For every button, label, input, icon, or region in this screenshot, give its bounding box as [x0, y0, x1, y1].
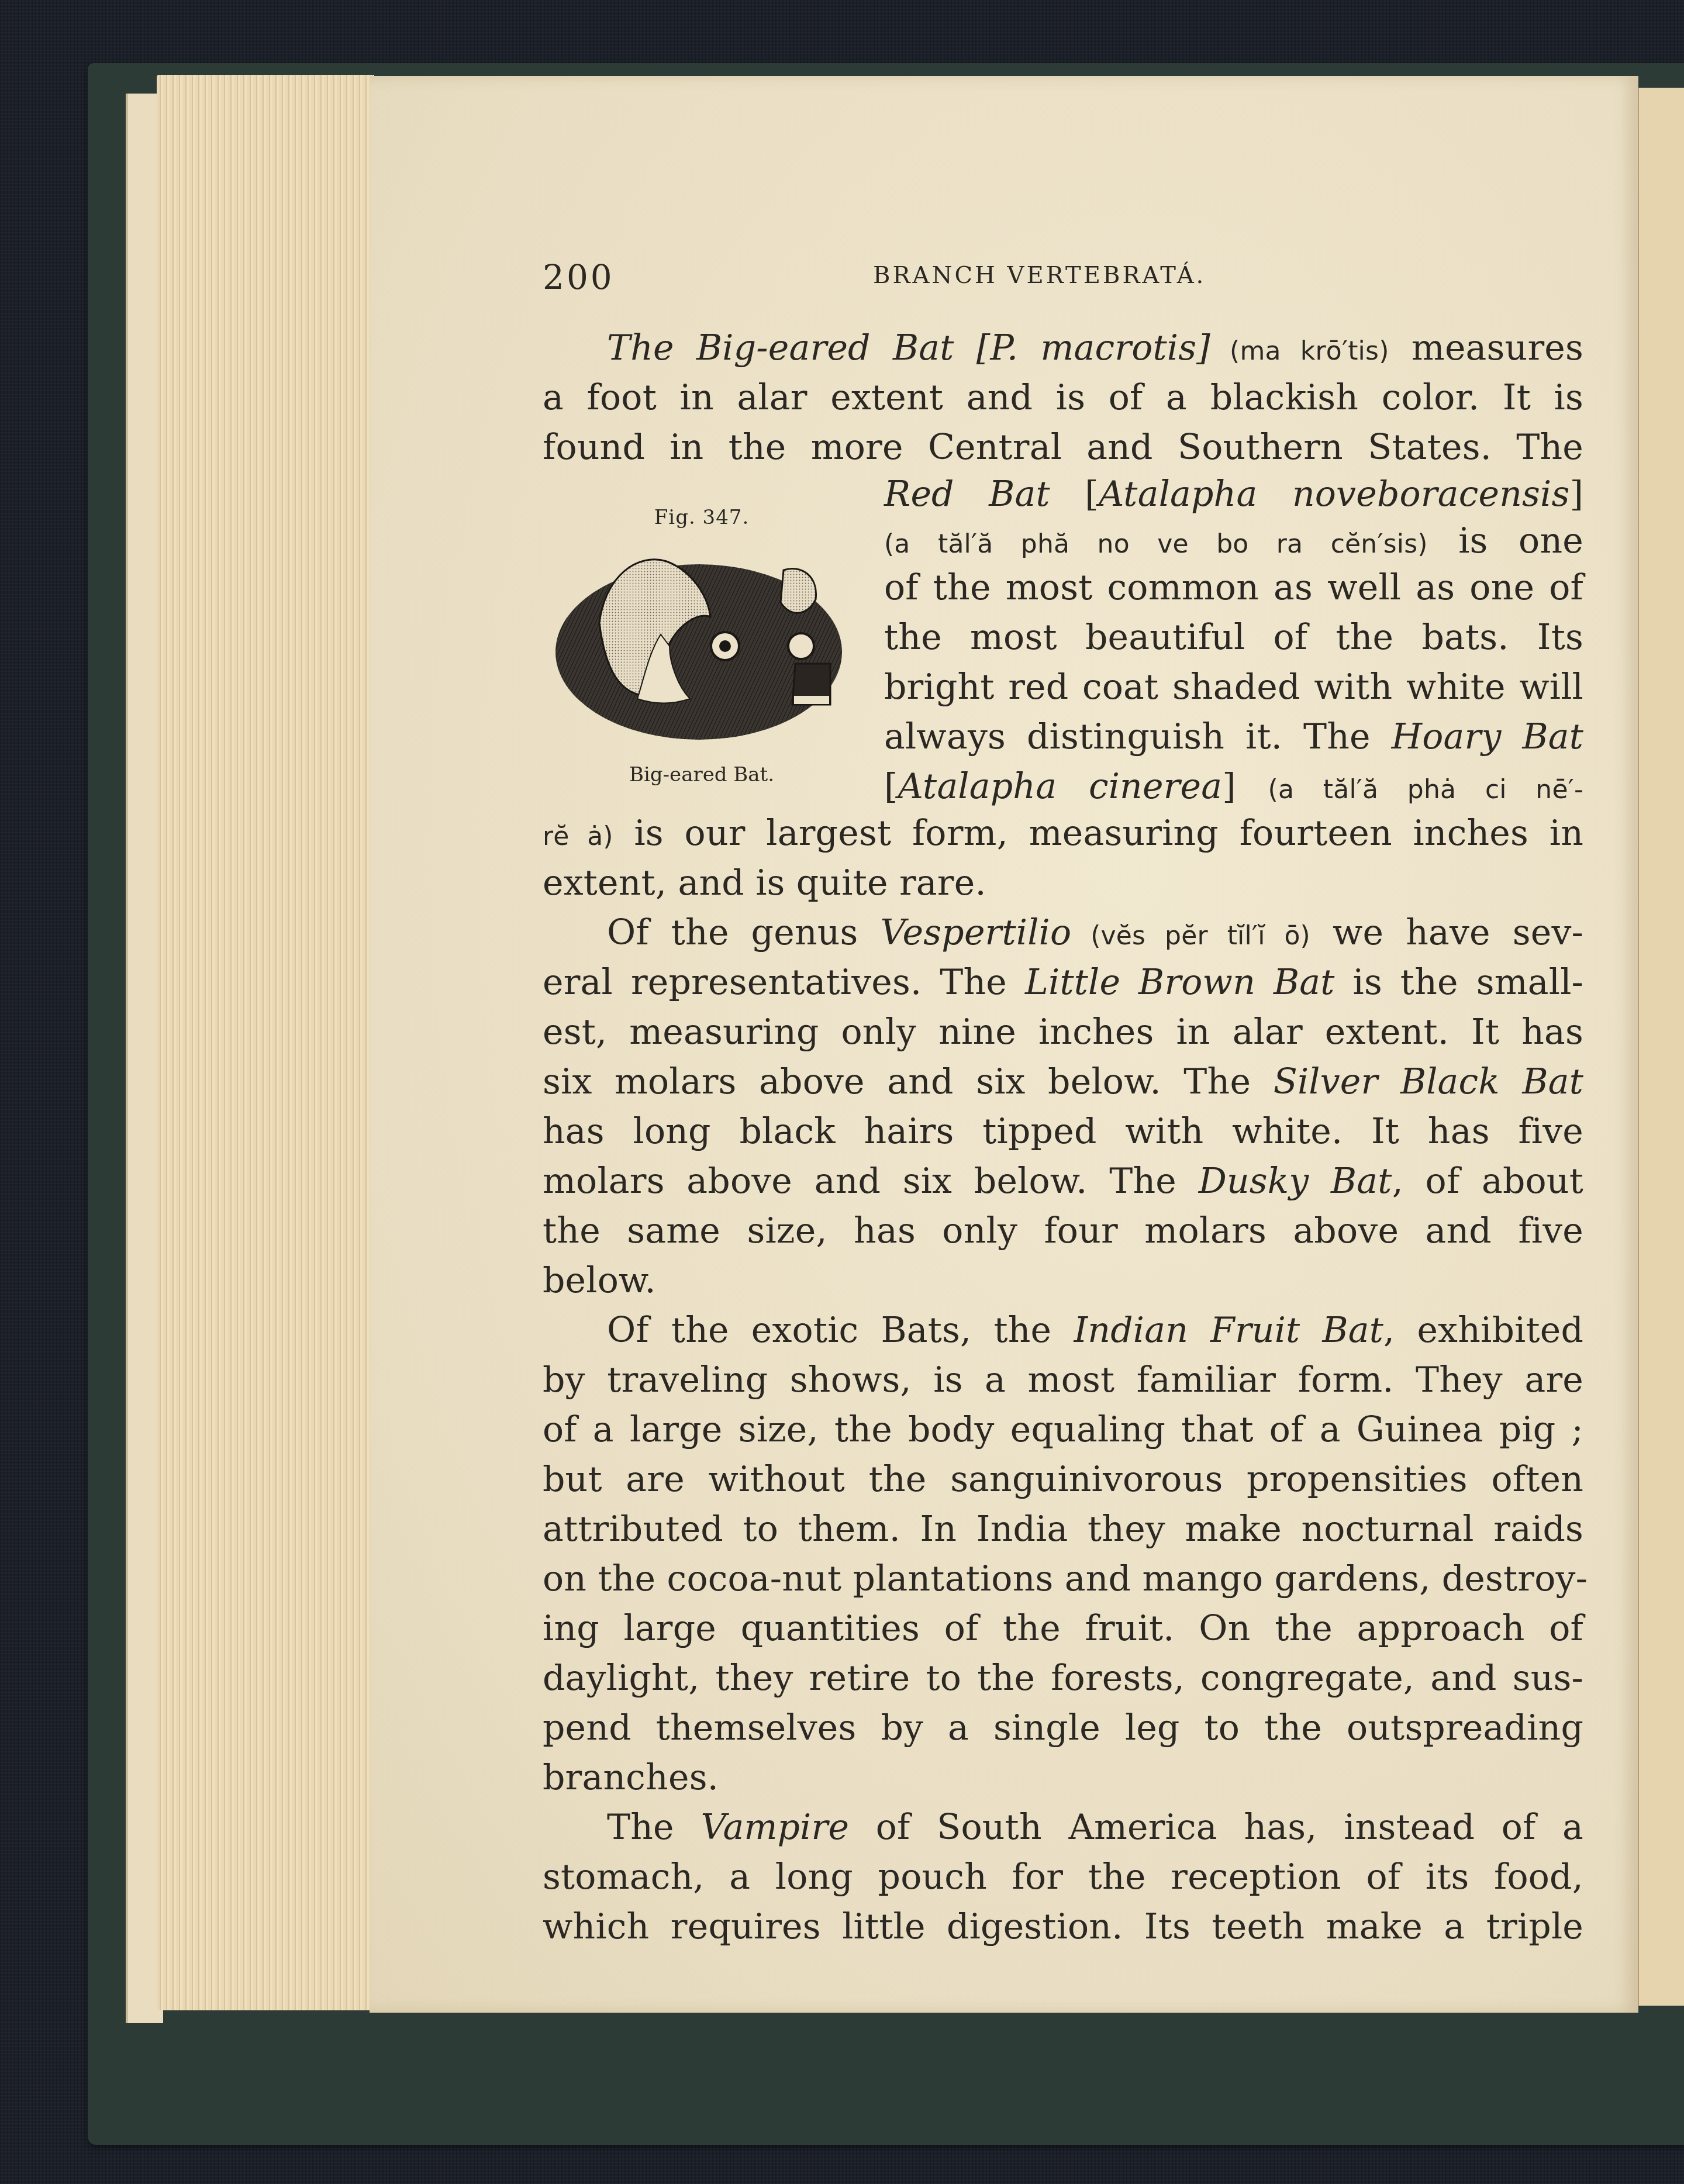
- text-run: six molars above and six below. The: [543, 1061, 1274, 1102]
- text-line: of a large size, the body equaling that …: [543, 1406, 1583, 1453]
- page-header: 200 BRANCH VERTEBRATÁ.: [543, 257, 1583, 304]
- text-line: has long black hairs tipped with white. …: [543, 1108, 1583, 1155]
- text-run: ing large quantities of the fruit. On th…: [543, 1608, 1583, 1649]
- text-run: [: [1050, 474, 1099, 515]
- italic-term: Indian Fruit Bat: [1074, 1310, 1383, 1351]
- text-run: a foot in alar extent and is of a blacki…: [543, 377, 1583, 418]
- text-line: molars above and six below. The Dusky Ba…: [543, 1158, 1583, 1205]
- pronunciation: (a tăl′ă phȧ ci nē′-: [1268, 775, 1583, 805]
- pronunciation: (ma krō′tis): [1210, 336, 1389, 366]
- italic-term: Atalapha cinerea: [898, 766, 1223, 807]
- pronunciation: (vĕs pĕr tĭl′ĭ ō): [1071, 921, 1310, 951]
- text-run: ]: [1222, 766, 1268, 807]
- text-run: The: [607, 1807, 700, 1848]
- text-line: but are without the sanguinivorous prope…: [543, 1456, 1583, 1503]
- italic-term: Silver Black Bat: [1274, 1061, 1583, 1102]
- running-head: BRANCH VERTEBRATÁ.: [873, 262, 1206, 289]
- text-line: daylight, they retire to the forests, co…: [543, 1655, 1583, 1702]
- text-run: pend themselves by a single leg to the o…: [543, 1707, 1583, 1748]
- text-line: below.: [543, 1257, 1583, 1304]
- text-line: est, measuring only nine inches in alar …: [543, 1009, 1583, 1055]
- italic-term: Dusky Bat: [1199, 1161, 1392, 1202]
- text-line: stomach, a long pouch for the reception …: [543, 1854, 1583, 1900]
- text-run: below.: [543, 1260, 656, 1301]
- text-run: Of the exotic Bats, the: [607, 1310, 1074, 1351]
- text-run: is our largest form, measuring fourteen …: [613, 813, 1583, 854]
- text-line: by traveling shows, is a most familiar f…: [543, 1357, 1583, 1403]
- text-line: (a tăl′ă phă no ve bo ra cĕn′sis) is one: [884, 517, 1583, 568]
- text-run: by traveling shows, is a most familiar f…: [543, 1360, 1583, 1400]
- text-run: is one: [1428, 520, 1583, 561]
- text-line: pend themselves by a single leg to the o…: [543, 1705, 1583, 1751]
- text-run: is the small-: [1335, 962, 1583, 1003]
- text-run: Of the genus: [607, 912, 881, 953]
- text-run: , exhibited: [1383, 1310, 1583, 1351]
- text-line: Red Bat [Atalapha noveboracensis]: [884, 471, 1583, 517]
- text-line: six molars above and six below. The Silv…: [543, 1058, 1583, 1105]
- text-line: always distinguish it. The Hoary Bat: [884, 713, 1583, 760]
- text-run: stomach, a long pouch for the reception …: [543, 1857, 1583, 1897]
- text-line: a foot in alar extent and is of a blacki…: [543, 374, 1583, 421]
- text-line: The Big-eared Bat [P. macrotis] (ma krō′…: [543, 325, 1583, 375]
- text-run: measures: [1389, 327, 1583, 368]
- text-line: Of the exotic Bats, the Indian Fruit Bat…: [543, 1307, 1583, 1354]
- italic-term: The Big-eared Bat: [607, 327, 954, 368]
- figure-caption: Big-eared Bat.: [550, 763, 854, 786]
- text-line: of the most common as well as one of: [884, 564, 1583, 611]
- text-run: the most beautiful of the bats. Its: [884, 617, 1583, 658]
- text-line: the same size, has only four molars abov…: [543, 1207, 1583, 1254]
- text-line: [Atalapha cinerea] (a tăl′ă phȧ ci nē′-: [884, 763, 1583, 813]
- text-line: ing large quantities of the fruit. On th…: [543, 1605, 1583, 1652]
- text-line: eral representatives. The Little Brown B…: [543, 959, 1583, 1006]
- text-line: Of the genus Vespertilio (vĕs pĕr tĭl′ĭ …: [543, 909, 1583, 960]
- italic-term: Vespertilio: [881, 912, 1072, 953]
- italic-term: Red Bat: [884, 474, 1050, 515]
- text-run: branches.: [543, 1757, 719, 1798]
- text-run: [: [884, 766, 898, 807]
- text-run: but are without the sanguinivorous prope…: [543, 1459, 1583, 1500]
- text-line: which requires little digestion. Its tee…: [543, 1903, 1583, 1950]
- italic-term: Vampire: [700, 1807, 849, 1848]
- text-run: of a large size, the body equaling that …: [543, 1409, 1583, 1450]
- text-run: of the most common as well as one of: [884, 567, 1583, 608]
- page-edges: [157, 75, 374, 2010]
- pronunciation: rĕ ȧ): [543, 822, 613, 851]
- text-run: daylight, they retire to the forests, co…: [543, 1658, 1583, 1699]
- text-run: eral representatives. The: [543, 962, 1025, 1003]
- facing-page-edge: [1637, 88, 1684, 2006]
- text-line: found in the more Central and Southern S…: [543, 424, 1583, 471]
- text-run: est, measuring only nine inches in alar …: [543, 1012, 1583, 1053]
- text-line: on the cocoa-nut plantations and mango g…: [543, 1555, 1583, 1602]
- text-run: has long black hairs tipped with white. …: [543, 1111, 1583, 1152]
- text-run: attributed to them. In India they make n…: [543, 1509, 1583, 1550]
- pronunciation: (a tăl′ă phă no ve bo ra cĕn′sis): [884, 529, 1428, 559]
- text-run: , of about: [1392, 1161, 1583, 1202]
- text-run: on the cocoa-nut plantations and mango g…: [543, 1558, 1588, 1599]
- italic-term: Hoary Bat: [1392, 716, 1583, 757]
- text-run: molars above and six below. The: [543, 1161, 1199, 1202]
- figure-347: Fig. 347. Big-eared Bat.: [550, 506, 854, 810]
- text-line: bright red coat shaded with white will: [884, 664, 1583, 710]
- text-run: of South America has, instead of a: [849, 1807, 1583, 1848]
- text-line: branches.: [543, 1754, 1583, 1801]
- text-run: ]: [1569, 474, 1583, 515]
- italic-term: Atalapha noveboracensis: [1099, 474, 1570, 515]
- text-run: extent, and is quite rare.: [543, 862, 986, 903]
- text-line: the most beautiful of the bats. Its: [884, 614, 1583, 661]
- bat-head-icon: [550, 529, 854, 763]
- text-run: bright red coat shaded with white will: [884, 667, 1583, 708]
- italic-term: Little Brown Bat: [1025, 962, 1335, 1003]
- page-number: 200: [543, 257, 615, 297]
- text-line: extent, and is quite rare.: [543, 860, 1583, 906]
- text-run: which requires little digestion. Its tee…: [543, 1906, 1583, 1947]
- text-run: always distinguish it. The: [884, 716, 1392, 757]
- text-run: the same size, has only four molars abov…: [543, 1210, 1583, 1251]
- text-line: rĕ ȧ) is our largest form, measuring fou…: [543, 810, 1583, 860]
- text-run: found in the more Central and Southern S…: [543, 427, 1583, 468]
- text-line: attributed to them. In India they make n…: [543, 1506, 1583, 1552]
- text-run: we have sev-: [1310, 912, 1583, 953]
- italic-term: [P. macrotis]: [954, 327, 1210, 368]
- text-line: The Vampire of South America has, instea…: [543, 1804, 1583, 1851]
- figure-label: Fig. 347.: [550, 506, 854, 529]
